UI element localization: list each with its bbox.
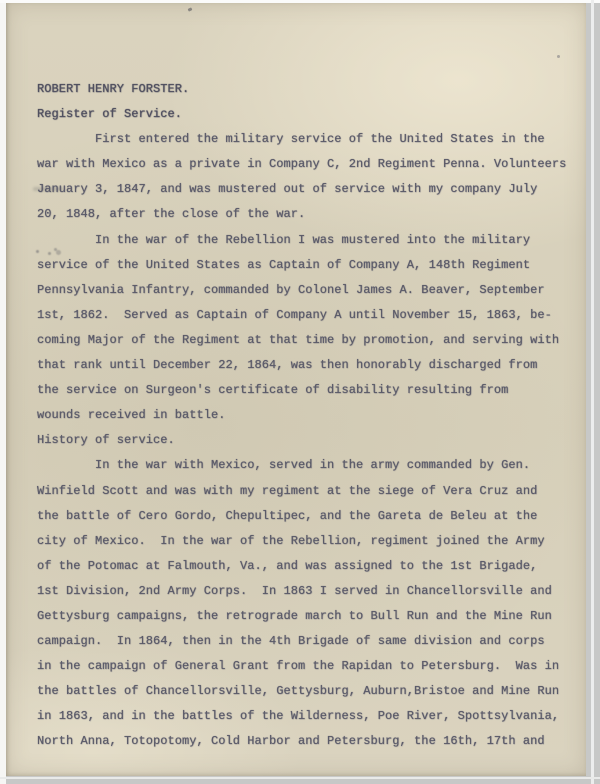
- document-line: in 1863, and in the battles of the Wilde…: [37, 704, 576, 729]
- document-line: the service on Surgeon's certificate of …: [37, 378, 576, 403]
- typewritten-text: ROBERT HENRY FORSTER.Register of Service…: [37, 77, 576, 755]
- document-line: 1st, 1862. Served as Captain of Company …: [37, 303, 576, 328]
- document-line: January 3, 1847, and was mustered out of…: [37, 177, 576, 202]
- document-line: coming Major of the Regiment at that tim…: [37, 328, 576, 353]
- document-line: 1st Division, 2nd Army Corps. In 1863 I …: [37, 579, 576, 604]
- document-line: war with Mexico as a private in Company …: [37, 152, 576, 177]
- document-line: 20, 1848, after the close of the war.: [37, 202, 576, 227]
- document-line: Gettysburg campaigns, the retrograde mar…: [37, 604, 576, 629]
- document-line: that rank until December 22, 1864, was t…: [37, 353, 576, 378]
- document-line: of the Potomac at Falmouth, Va., and was…: [37, 554, 576, 579]
- document-line: the battles of Chancellorsville, Gettysb…: [37, 679, 576, 704]
- document-line: North Anna, Totopotomy, Cold Harbor and …: [37, 729, 576, 754]
- ink-speck: [557, 55, 560, 58]
- document-line: Pennsylvania Infantry, commanded by Colo…: [37, 278, 576, 303]
- document-line: First entered the military service of th…: [37, 127, 576, 152]
- document-line: ROBERT HENRY FORSTER.: [37, 77, 576, 102]
- document-line: wounds received in battle.: [37, 403, 576, 428]
- document-line: In the war with Mexico, served in the ar…: [37, 453, 576, 478]
- document-line: campaign. In 1864, then in the 4th Briga…: [37, 629, 576, 654]
- document-line: Winfield Scott and was with my regiment …: [37, 479, 576, 504]
- document-line: city of Mexico. In the war of the Rebell…: [37, 529, 576, 554]
- document-line: in the campaign of General Grant from th…: [37, 654, 576, 679]
- document-page: ROBERT HENRY FORSTER.Register of Service…: [6, 3, 586, 776]
- document-line: In the war of the Rebellion I was muster…: [37, 228, 576, 253]
- scan-edge-bottom: [0, 777, 600, 779]
- document-line: the battle of Cero Gordo, Chepultipec, a…: [37, 504, 576, 529]
- scan-edge-right: [591, 0, 594, 784]
- document-line: Register of Service.: [37, 102, 576, 127]
- document-line: History of service.: [37, 428, 576, 453]
- document-line: service of the United States as Captain …: [37, 253, 576, 278]
